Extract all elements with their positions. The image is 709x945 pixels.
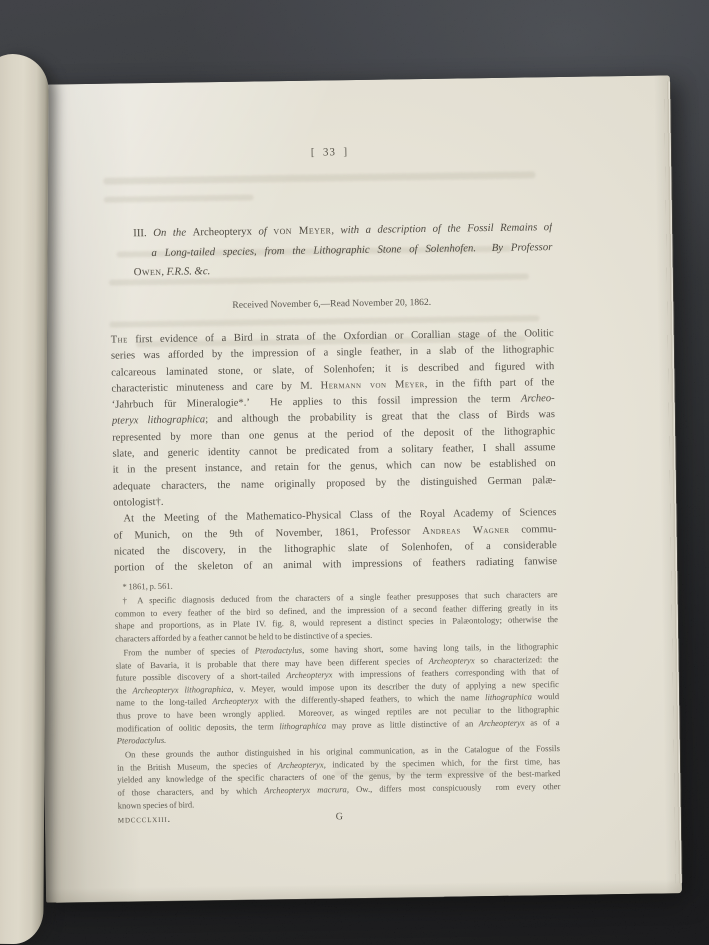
body-paragraph-2: At the Meeting of the Mathematico-Physic… (113, 505, 557, 577)
previous-page-curl (0, 54, 49, 944)
page-number: [ 33 ] (108, 143, 551, 162)
footnote-grounds: On these grounds the author distinguishe… (117, 742, 561, 812)
page-footer: mdccclxiii. G (118, 808, 561, 829)
footer-signature: G (336, 811, 343, 822)
footnotes: * 1861, p. 561. † A specific diagnosis d… (114, 574, 560, 812)
footnote-pterodactylus: From the number of species of Pterodacty… (115, 640, 559, 747)
body-paragraph-1: The first evidence of a Bird in strata o… (111, 326, 557, 512)
article-body: The first evidence of a Bird in strata o… (111, 326, 558, 577)
received-line: Received November 6,—Read November 20, 1… (110, 295, 553, 313)
footer-volume: mdccclxiii. (118, 814, 171, 826)
footnote-dagger: † A specific diagnosis deduced from the … (115, 588, 559, 645)
article-title: III. On the Archeopteryx of von Meyer, w… (133, 218, 553, 283)
book-page: [ 33 ] III. On the Archeopteryx of von M… (34, 75, 682, 902)
photo-stage: [ 33 ] III. On the Archeopteryx of von M… (0, 0, 709, 945)
page-content: [ 33 ] III. On the Archeopteryx of von M… (34, 75, 682, 902)
